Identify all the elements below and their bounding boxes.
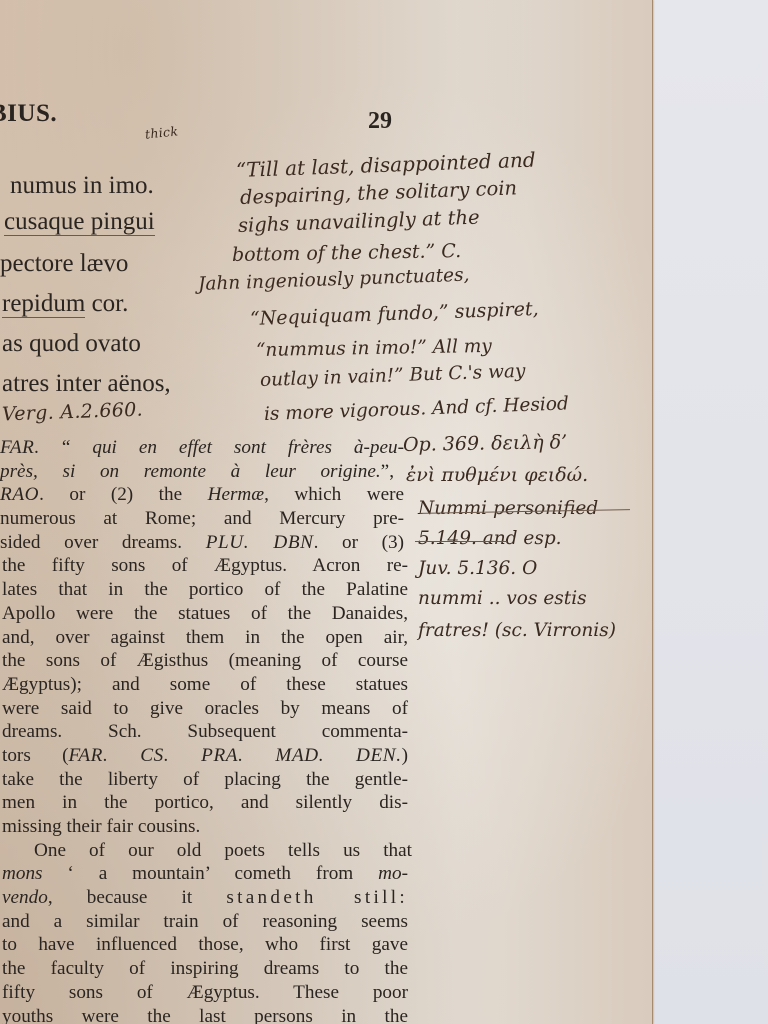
handwritten-line: nummi .. vos estis [418, 588, 587, 609]
verse-line-5: as quod ovato [2, 330, 141, 358]
commentary-text-run: take the liberty of placing the gentle- [2, 769, 408, 790]
commentary-text-run: standeth still: [226, 887, 408, 908]
handwritten-line: fratres! (sc. Virronis) [418, 620, 616, 641]
commentary-line: missing their fair cousins. [2, 815, 302, 839]
handwritten-line: outlay in vain!” But C.'s way [260, 361, 526, 391]
handwritten-line: despairing, the solitary coin [240, 176, 518, 209]
commentary-text-run: FAR. [0, 437, 40, 458]
commentary-text-run: men in the portico, and silently dis- [2, 792, 408, 813]
commentary-line: Ægyptus); and some of these statues [2, 673, 408, 697]
commentary-line: dreams. Sch. Subsequent commenta- [2, 720, 408, 744]
commentary-text-run: ”, [381, 461, 394, 482]
commentary-line: mons ‘ a mountain’ cometh from mo- [2, 862, 408, 886]
commentary-text-run: youths were the last persons in the [2, 1006, 408, 1024]
verse-line-1: numus in imo. [10, 172, 154, 200]
commentary-text-run: . or (2) the [39, 484, 207, 505]
commentary-line: men in the portico, and silently dis- [2, 791, 408, 815]
commentary-text-run: Ægyptus); and some of these statues [2, 674, 408, 695]
commentary-text-run: and a similar train of reasoning seems [2, 911, 408, 932]
commentary-block: FAR. “ qui en effet sont frères à-peu-pr… [0, 436, 408, 1024]
commentary-text-run: to have influenced those, who first gave [2, 934, 408, 955]
commentary-line: One of our old poets tells us that [6, 839, 412, 863]
handwritten-line: Jahn ingeniously punctuates, [198, 265, 470, 295]
commentary-text-run: . or (3) [314, 532, 404, 553]
commentary-text-run: ) [402, 745, 408, 766]
commentary-line: FAR. “ qui en effet sont frères à-peu- [0, 436, 404, 460]
handwritten-line: ἐνὶ πυθμένι φειδώ. [406, 464, 588, 486]
commentary-line: the sons of Ægisthus (meaning of course [2, 649, 408, 673]
commentary-line: sided over dreams. PLU. DBN. or (3) [0, 531, 404, 555]
nummi-underline [415, 541, 507, 542]
commentary-text-run: mo- [378, 863, 408, 884]
commentary-text-run: the sons of Ægisthus (meaning of course [2, 650, 408, 671]
commentary-text-run: FAR. CS. PRA. MAD. DEN. [68, 745, 401, 766]
commentary-line: lates that in the portico of the Palatin… [2, 578, 408, 602]
commentary-line: take the liberty of placing the gentle- [2, 768, 408, 792]
commentary-text-run: , because it [48, 887, 226, 908]
commentary-text-run: missing their fair cousins. [2, 816, 200, 837]
handwritten-line: is more vigorous. And cf. Hesiod [264, 393, 569, 425]
commentary-text-run: dreams. Sch. Subsequent commenta- [2, 721, 408, 742]
commentary-line: fifty sons of Ægyptus. These poor [2, 981, 408, 1005]
commentary-line: près, si on remonte à leur origine.”, [0, 460, 394, 484]
commentary-line: Apollo were the statues of the Danaides, [2, 602, 408, 626]
commentary-text-run: qui en effet sont frères à-peu- [92, 437, 404, 458]
handwritten-gloss-thick: thick [144, 123, 179, 141]
commentary-text-run: PLU. DBN [206, 532, 314, 553]
page-number: 29 [368, 108, 392, 135]
commentary-line: and, over against them in the open air, [2, 626, 408, 650]
commentary-text-run: RAO [0, 484, 39, 505]
commentary-line: vendo, because it standeth still: [2, 886, 408, 910]
commentary-line: and a similar train of reasoning seems [2, 910, 408, 934]
book-page: BIUS. 29 numus in imo. cusaque pingui pe… [0, 0, 653, 1024]
handwritten-line: Juv. 5.136. O [418, 558, 537, 579]
verse-line-6: atres inter aënos, [2, 370, 171, 398]
commentary-text-run: ‘ a mountain’ cometh from [43, 863, 379, 884]
commentary-line: the faculty of inspiring dreams to the [2, 957, 408, 981]
commentary-text-run: the fifty sons of Ægyptus. Acron re- [2, 555, 408, 576]
commentary-text-run: Hermæ [208, 484, 265, 505]
commentary-line: numerous at Rome; and Mercury pre- [0, 507, 404, 531]
commentary-line: RAO. or (2) the Hermæ, which were [0, 483, 404, 507]
handwritten-line: “nummus in imo!” All my [256, 336, 492, 361]
verse-line-4: repidum cor. [2, 290, 128, 318]
commentary-line: were said to give oracles by means of [2, 697, 408, 721]
commentary-text-run: and, over against them in the open air, [2, 627, 408, 648]
handwritten-line: bottom of the chest.” C. [232, 240, 462, 266]
commentary-text-run: numerous at Rome; and Mercury pre- [0, 508, 404, 529]
handwritten-line: Nummi personified [418, 498, 598, 519]
commentary-text-run: tors ( [2, 745, 68, 766]
commentary-line: youths were the last persons in the [2, 1005, 408, 1024]
commentary-text-run: One of our old poets tells us that [34, 840, 412, 861]
commentary-text-run: près, si on remonte à leur origine. [0, 461, 381, 482]
commentary-text-run: vendo [2, 887, 48, 908]
commentary-text-run: fifty sons of Ægyptus. These poor [2, 982, 408, 1003]
commentary-text-run: mons [2, 863, 43, 884]
commentary-line: to have influenced those, who first gave [2, 933, 408, 957]
commentary-text-run: lates that in the portico of the Palatin… [2, 579, 408, 600]
handwritten-line: sighs unavailingly at the [238, 206, 480, 237]
commentary-text-run: “ [40, 437, 92, 458]
commentary-text-run: the faculty of inspiring dreams to the [2, 958, 408, 979]
commentary-text-run: were said to give oracles by means of [2, 698, 408, 719]
commentary-line: tors (FAR. CS. PRA. MAD. DEN.) [2, 744, 408, 768]
verse-line-2: cusaque pingui [4, 208, 155, 236]
handwritten-line: 5.149. and esp. [418, 528, 562, 549]
handwritten-reference: Verg. A.2.660. [2, 399, 144, 426]
commentary-text-run: sided over dreams. [0, 532, 206, 553]
commentary-text-run: Apollo were the statues of the Danaides, [2, 603, 408, 624]
handwritten-line: “Nequiquam fundo,” suspiret, [250, 298, 539, 330]
handwritten-line: Op. 369. δειλὴ δ’ [403, 431, 568, 456]
commentary-line: the fifty sons of Ægyptus. Acron re- [2, 554, 408, 578]
verse-line-3: pectore lævo [0, 250, 128, 278]
running-head: BIUS. [0, 100, 67, 128]
commentary-text-run: , which were [264, 484, 404, 505]
